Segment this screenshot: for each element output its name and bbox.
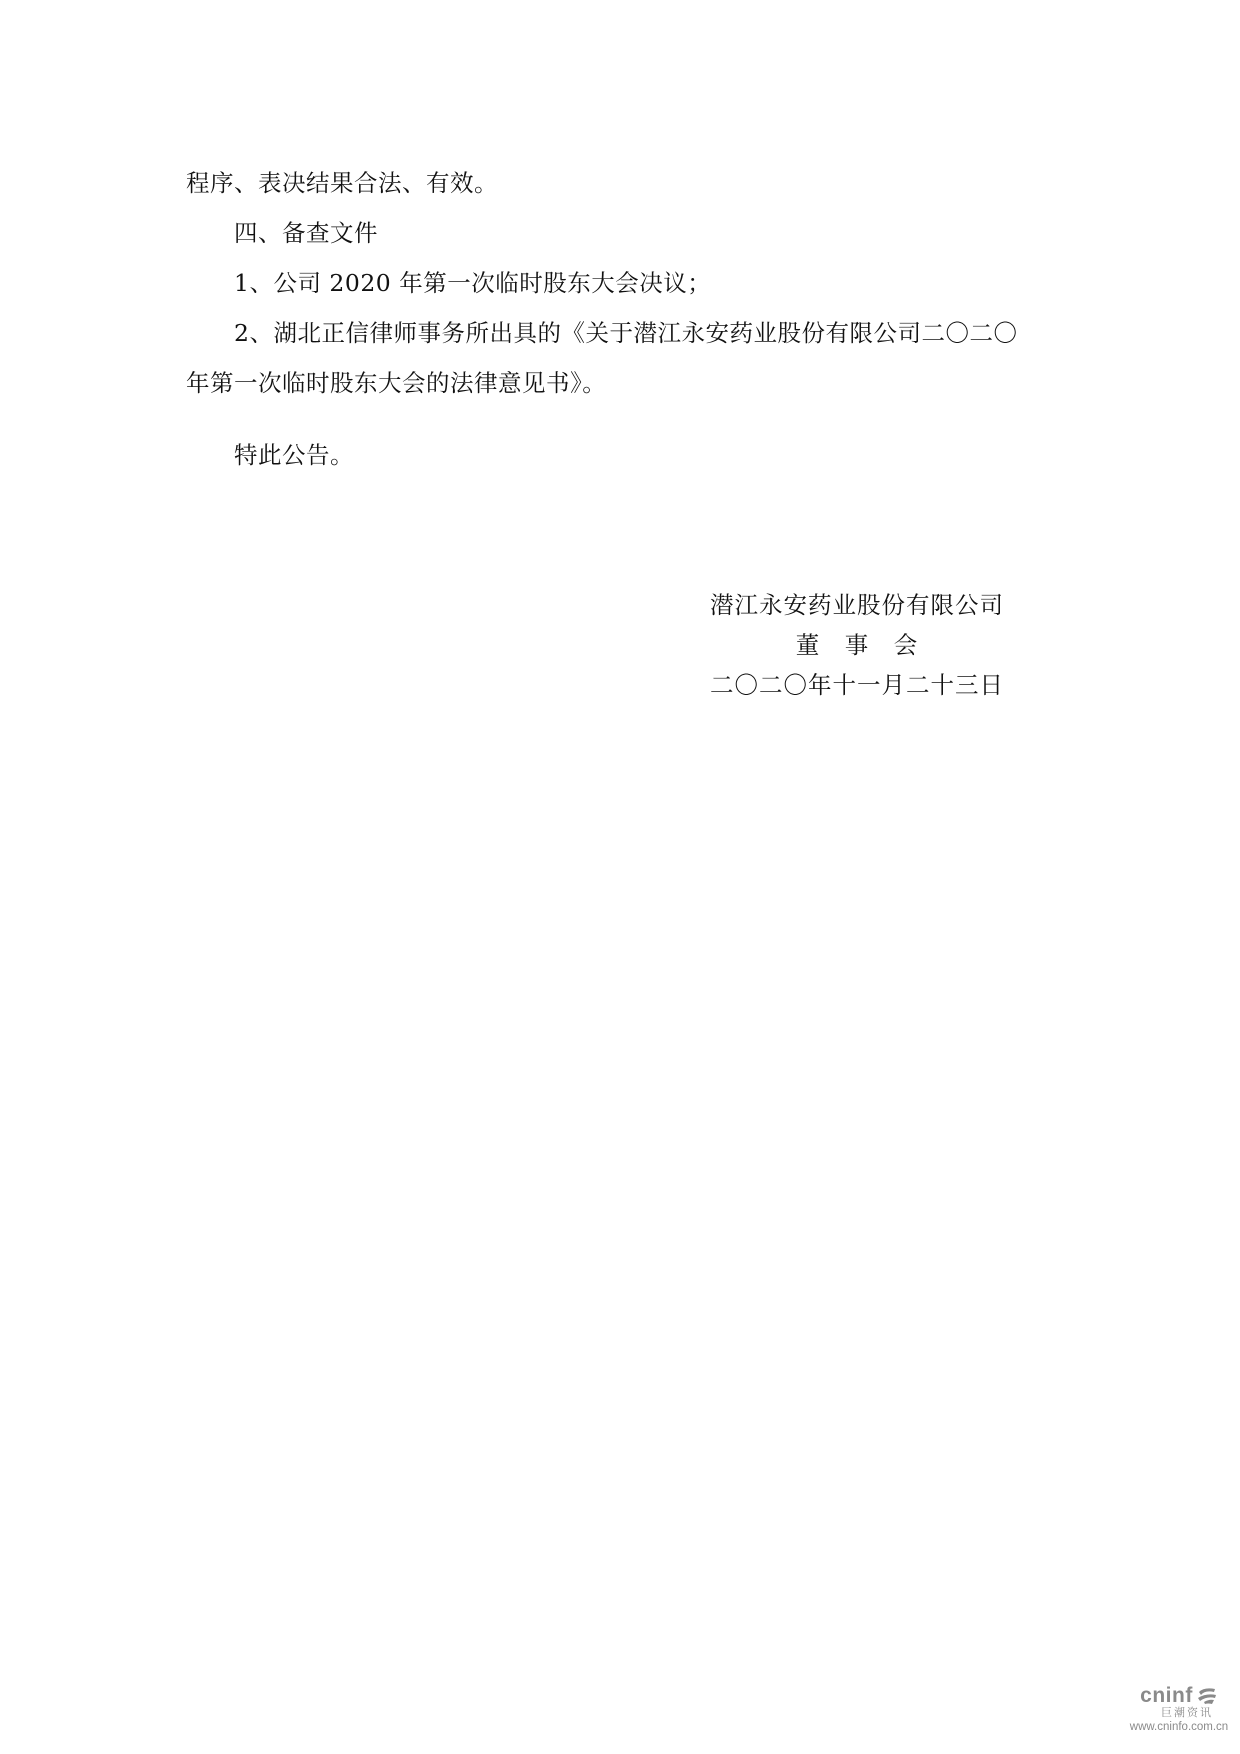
cninfo-brand-text: cninf — [1140, 1685, 1193, 1707]
closing-statement: 特此公告。 — [234, 440, 354, 470]
cninfo-brand-cn: 巨潮资讯 — [1134, 1707, 1240, 1720]
cninfo-logo-icon — [1196, 1687, 1218, 1705]
reference-item-2: 2、湖北正信律师事务所出具的《关于潜江永安药业股份有限公司二〇二〇 — [234, 318, 1017, 348]
reference-item-2-continued: 年第一次临时股东大会的法律意见书》。 — [186, 368, 606, 398]
cninfo-logo: cninf — [1118, 1685, 1240, 1707]
signature-date: 二〇二〇年十一月二十三日 — [707, 670, 1007, 700]
signature-company: 潜江永安药业股份有限公司 — [707, 590, 1007, 620]
cninfo-url: www.cninfo.com.cn — [1118, 1720, 1240, 1734]
signature-board: 董 事 会 — [707, 630, 1007, 660]
paragraph-conclusion: 程序、表决结果合法、有效。 — [186, 168, 498, 198]
reference-item-1: 1、公司 2020 年第一次临时股东大会决议； — [234, 268, 711, 298]
section-heading-reference-documents: 四、备查文件 — [234, 218, 378, 248]
cninfo-watermark: cninf 巨潮资讯 www.cninfo.com.cn — [1118, 1685, 1240, 1734]
